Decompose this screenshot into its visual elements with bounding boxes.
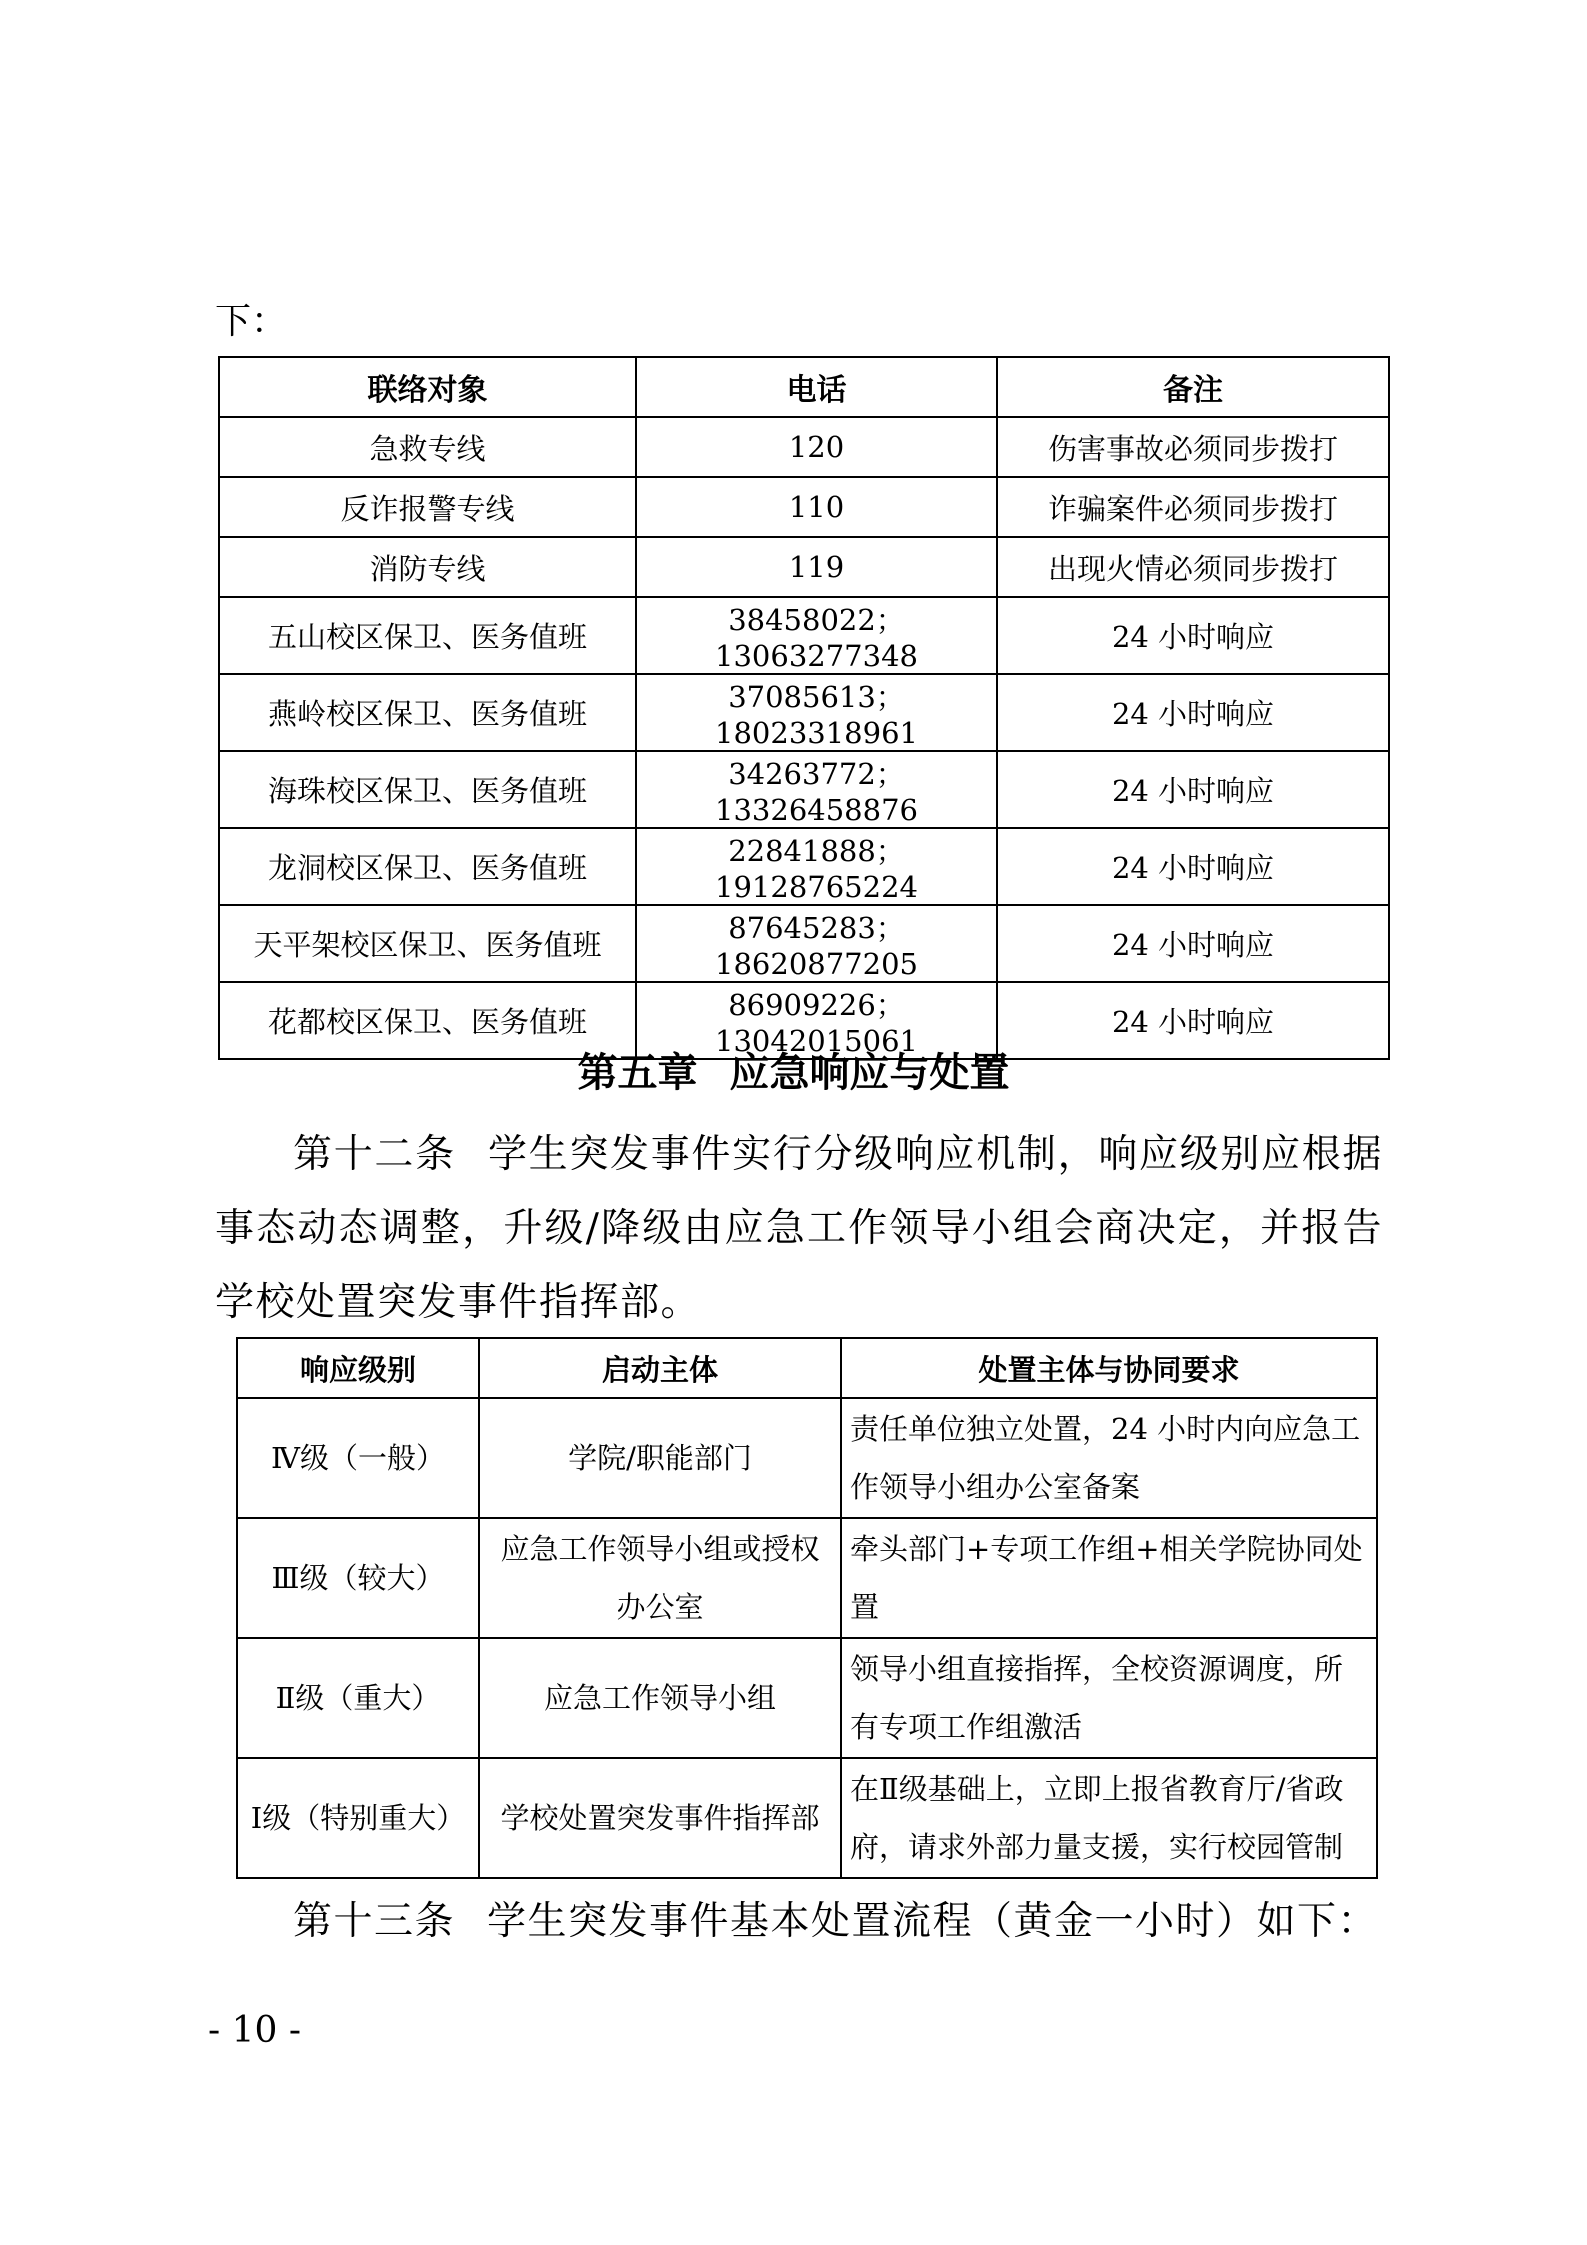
header-phone: 电话 xyxy=(636,357,997,417)
header-level: 响应级别 xyxy=(237,1338,479,1398)
cell: 在Ⅱ级基础上，立即上报省教育厅/省政府，请求外部力量支援，实行校园管制 xyxy=(841,1758,1377,1878)
cell: 学校处置突发事件指挥部 xyxy=(479,1758,841,1878)
cell: Ⅳ级（一般） xyxy=(237,1398,479,1518)
cell: 天平架校区保卫、医务值班 xyxy=(219,905,636,982)
cell: 87645283；18620877205 xyxy=(636,905,997,982)
table-row: 海珠校区保卫、医务值班34263772；1332645887624 小时响应 xyxy=(219,751,1389,828)
cell: 38458022；13063277348 xyxy=(636,597,997,674)
article-13: 第十三条学生突发事件基本处置流程（黄金一小时）如下： xyxy=(215,1885,1383,1959)
cell: 119 xyxy=(636,537,997,597)
response-level-table: 响应级别 启动主体 处置主体与协同要求 Ⅳ级（一般）学院/职能部门责任单位独立处… xyxy=(236,1337,1378,1879)
table-row: 天平架校区保卫、医务值班87645283；1862087720524 小时响应 xyxy=(219,905,1389,982)
table-header-row: 响应级别 启动主体 处置主体与协同要求 xyxy=(237,1338,1377,1398)
cell: 22841888；19128765224 xyxy=(636,828,997,905)
chapter-title: 应急响应与处置 xyxy=(730,1050,1010,1096)
header-contact: 联络对象 xyxy=(219,357,636,417)
cell: 牵头部门+专项工作组+相关学院协同处置 xyxy=(841,1518,1377,1638)
table-row: Ⅲ级（较大）应急工作领导小组或授权办公室牵头部门+专项工作组+相关学院协同处置 xyxy=(237,1518,1377,1638)
table-row: 龙洞校区保卫、医务值班22841888；1912876522424 小时响应 xyxy=(219,828,1389,905)
cell: 伤害事故必须同步拨打 xyxy=(997,417,1389,477)
header-initiator: 启动主体 xyxy=(479,1338,841,1398)
cell: 110 xyxy=(636,477,997,537)
article-label: 第十二条 xyxy=(293,1132,456,1177)
article-label: 第十三条 xyxy=(293,1899,455,1944)
cell: 消防专线 xyxy=(219,537,636,597)
table-header-row: 联络对象 电话 备注 xyxy=(219,357,1389,417)
cell: 应急工作领导小组 xyxy=(479,1638,841,1758)
chapter-heading: 第五章应急响应与处置 xyxy=(0,1045,1587,1101)
cell: Ⅰ级（特别重大） xyxy=(237,1758,479,1878)
cell: Ⅲ级（较大） xyxy=(237,1518,479,1638)
cell: Ⅱ级（重大） xyxy=(237,1638,479,1758)
cell: 急救专线 xyxy=(219,417,636,477)
cell: 反诈报警专线 xyxy=(219,477,636,537)
cell: 责任单位独立处置，24 小时内向应急工作领导小组办公室备案 xyxy=(841,1398,1377,1518)
cell: 120 xyxy=(636,417,997,477)
cell: 应急工作领导小组或授权办公室 xyxy=(479,1518,841,1638)
chapter-number: 第五章 xyxy=(578,1050,698,1096)
cell: 领导小组直接指挥，全校资源调度，所有专项工作组激活 xyxy=(841,1638,1377,1758)
cell: 37085613；18023318961 xyxy=(636,674,997,751)
cell: 龙洞校区保卫、医务值班 xyxy=(219,828,636,905)
header-handler: 处置主体与协同要求 xyxy=(841,1338,1377,1398)
cell: 24 小时响应 xyxy=(997,828,1389,905)
table-row: Ⅰ级（特别重大）学校处置突发事件指挥部在Ⅱ级基础上，立即上报省教育厅/省政府，请… xyxy=(237,1758,1377,1878)
contact-table: 联络对象 电话 备注 急救专线120伤害事故必须同步拨打 反诈报警专线110诈骗… xyxy=(218,356,1390,1060)
header-note: 备注 xyxy=(997,357,1389,417)
table-row: Ⅳ级（一般）学院/职能部门责任单位独立处置，24 小时内向应急工作领导小组办公室… xyxy=(237,1398,1377,1518)
cell: 24 小时响应 xyxy=(997,674,1389,751)
article-text: 学生突发事件基本处置流程（黄金一小时）如下： xyxy=(487,1899,1378,1944)
page-number: - 10 - xyxy=(208,2010,301,2051)
cell: 海珠校区保卫、医务值班 xyxy=(219,751,636,828)
cell: 燕岭校区保卫、医务值班 xyxy=(219,674,636,751)
cell: 24 小时响应 xyxy=(997,751,1389,828)
table-row: 急救专线120伤害事故必须同步拨打 xyxy=(219,417,1389,477)
article-12: 第十二条学生突发事件实行分级响应机制，响应级别应根据事态动态调整，升级/降级由应… xyxy=(215,1118,1383,1340)
cell: 诈骗案件必须同步拨打 xyxy=(997,477,1389,537)
cell: 出现火情必须同步拨打 xyxy=(997,537,1389,597)
cell: 34263772；13326458876 xyxy=(636,751,997,828)
cell: 24 小时响应 xyxy=(997,905,1389,982)
cell: 五山校区保卫、医务值班 xyxy=(219,597,636,674)
table-row: 消防专线119出现火情必须同步拨打 xyxy=(219,537,1389,597)
cell: 24 小时响应 xyxy=(997,597,1389,674)
table-row: 燕岭校区保卫、医务值班37085613；1802331896124 小时响应 xyxy=(219,674,1389,751)
table-row: Ⅱ级（重大）应急工作领导小组领导小组直接指挥，全校资源调度，所有专项工作组激活 xyxy=(237,1638,1377,1758)
table-row: 五山校区保卫、医务值班38458022；1306327734824 小时响应 xyxy=(219,597,1389,674)
lead-text: 下： xyxy=(215,300,287,344)
table-row: 反诈报警专线110诈骗案件必须同步拨打 xyxy=(219,477,1389,537)
cell: 学院/职能部门 xyxy=(479,1398,841,1518)
